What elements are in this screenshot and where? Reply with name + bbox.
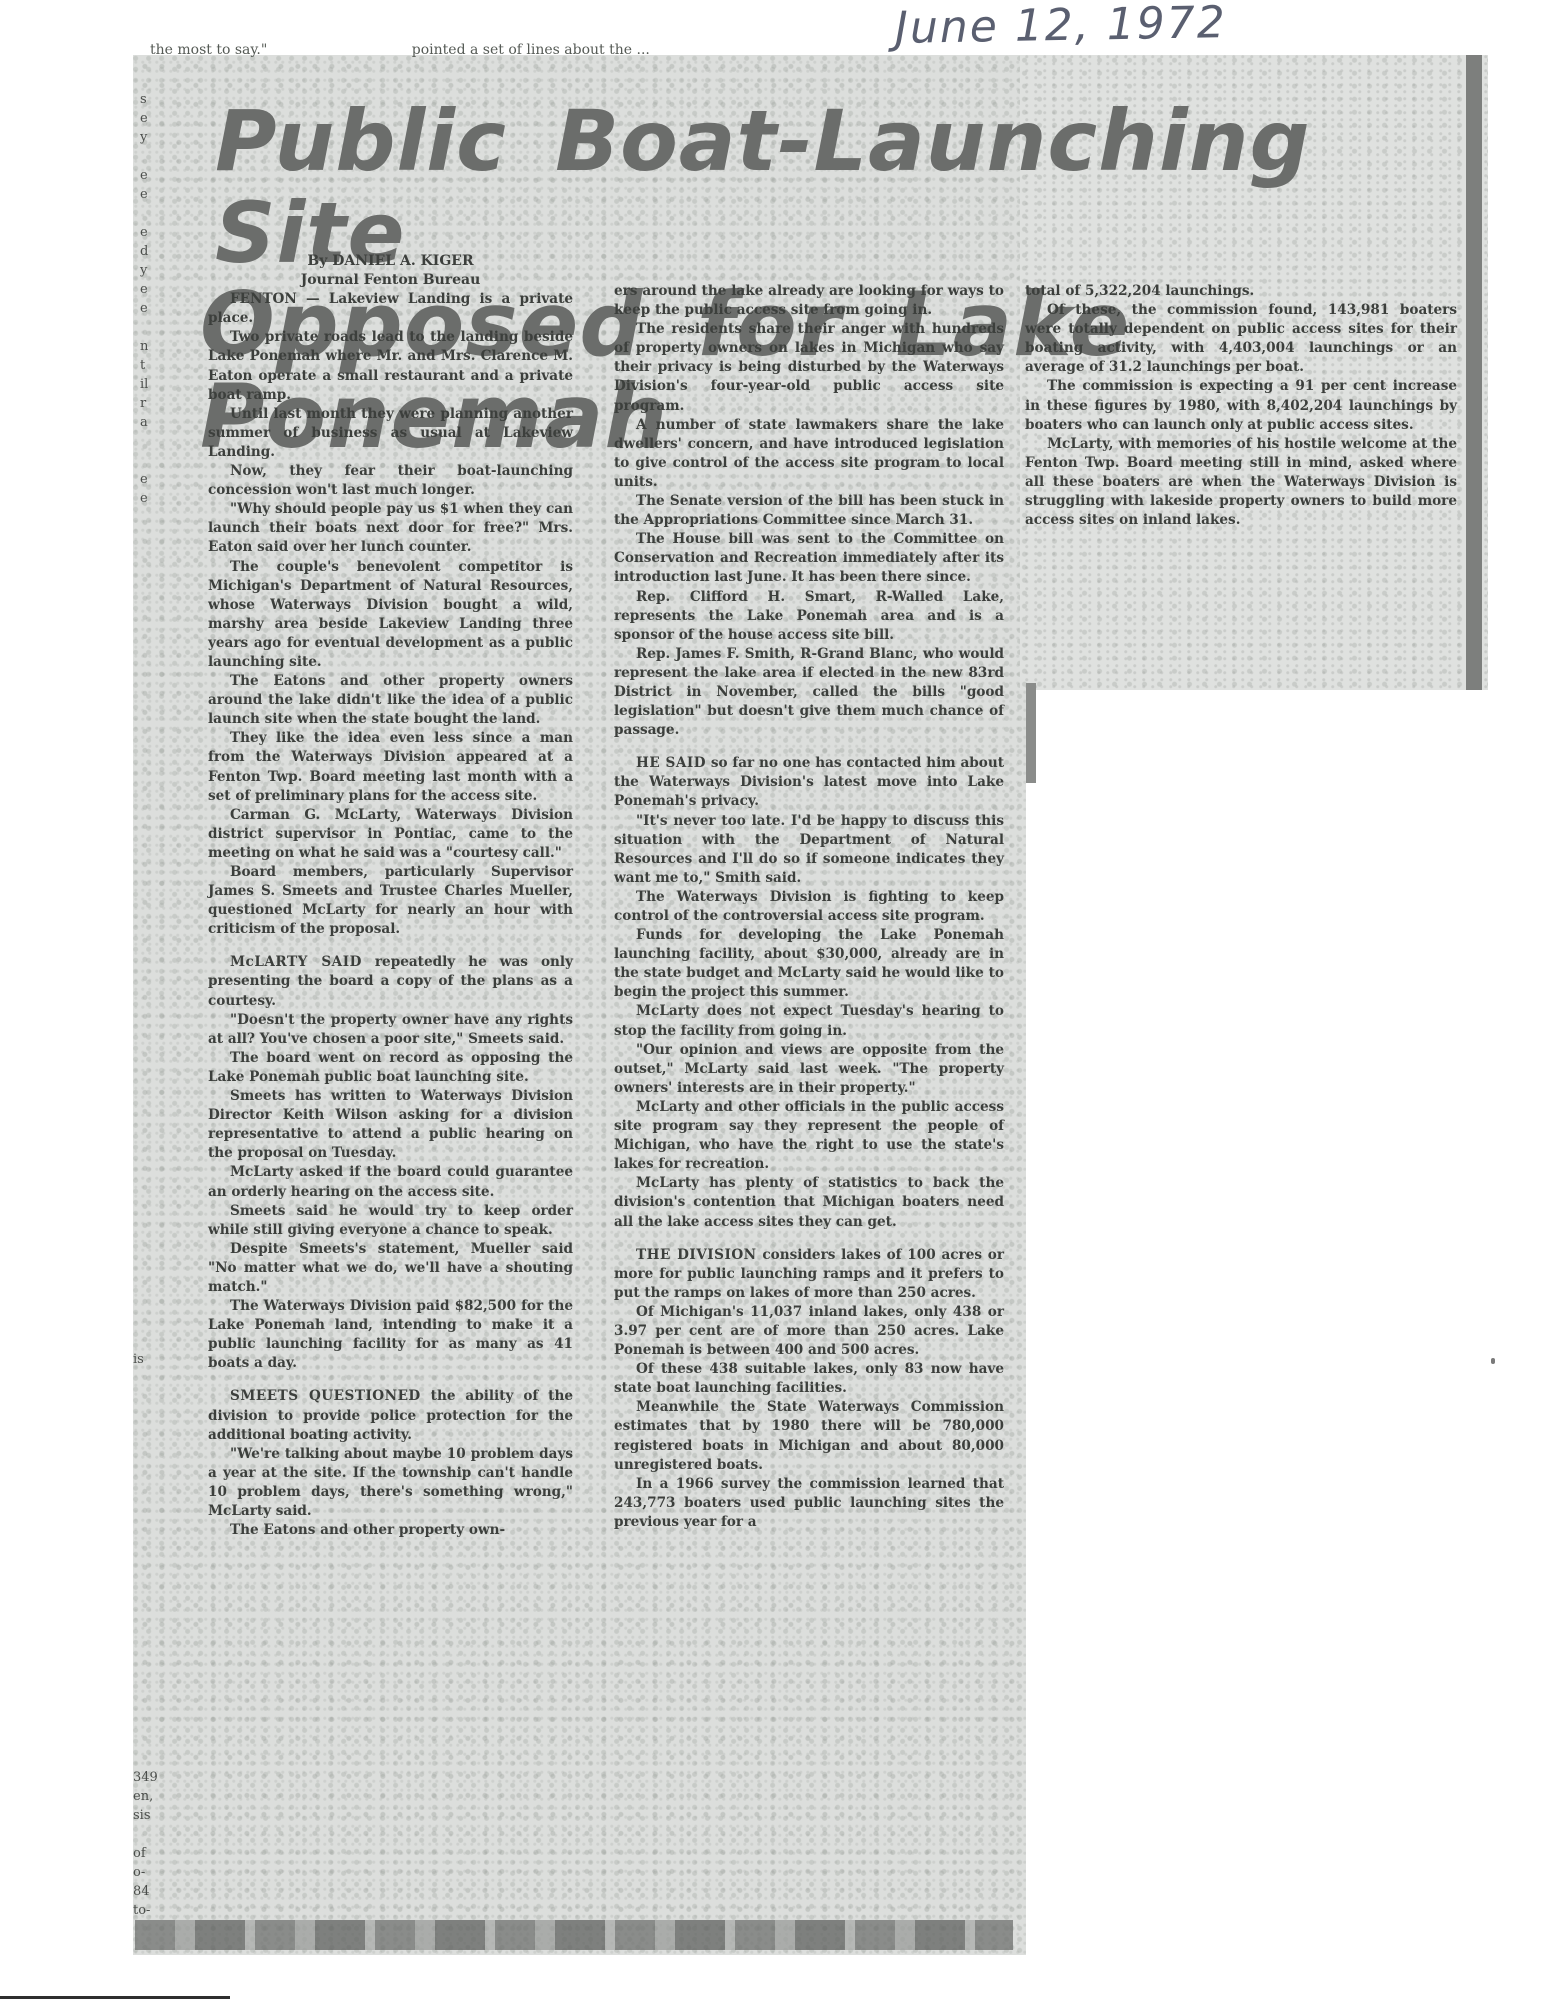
- paragraph: The Eatons and other property own-: [208, 1521, 573, 1540]
- margin-fragment: is: [133, 1350, 163, 1369]
- margin-fragment: to-: [133, 1901, 163, 1920]
- paragraph: The Senate version of the bill has been …: [614, 492, 1004, 530]
- paragraph: McLarty, with memories of his hostile we…: [1025, 435, 1457, 530]
- paragraph: The board went on record as opposing the…: [208, 1049, 573, 1087]
- paragraph: "Why should people pay us $1 when they c…: [208, 500, 573, 557]
- margin-fragment: [133, 1483, 163, 1502]
- paragraph: Rep. James F. Smith, R-Grand Blanc, who …: [614, 645, 1004, 740]
- margin-fragment: [133, 1635, 163, 1654]
- margin-fragment: o-: [133, 1863, 163, 1882]
- margin-fragment: of: [133, 1844, 163, 1863]
- masthead-fragment: the most to say.": [150, 42, 267, 58]
- paragraph: McLarty and other officials in the publi…: [614, 1098, 1004, 1174]
- subhead-paragraph: McLARTY SAID repeatedly he was only pres…: [208, 953, 573, 1010]
- paragraph: The Waterways Division paid $82,500 for …: [208, 1297, 573, 1373]
- margin-fragment: [133, 1597, 163, 1616]
- clipping-inner-edge: [1026, 683, 1036, 783]
- paragraph: The couple's benevolent competitor is Mi…: [208, 558, 573, 673]
- margin-fragment: [133, 1673, 163, 1692]
- bureau-line: Journal Fenton Bureau: [208, 271, 573, 290]
- paragraph: Meanwhile the State Waterways Commission…: [614, 1398, 1004, 1474]
- margin-fragment: e: [140, 299, 160, 318]
- paragraph: ers around the lake already are looking …: [614, 282, 1004, 320]
- article-column-2: ers around the lake already are looking …: [614, 282, 1004, 1532]
- margin-fragment: [140, 147, 160, 166]
- paragraph: "Doesn't the property owner have any rig…: [208, 1011, 573, 1049]
- paragraph: Funds for developing the Lake Ponemah la…: [614, 926, 1004, 1002]
- paragraph: Of Michigan's 11,037 inland lakes, only …: [614, 1303, 1004, 1360]
- margin-fragment: [133, 1540, 163, 1559]
- paragraph: Until last month they were planning anot…: [208, 405, 573, 462]
- paragraph: Board members, particularly Supervisor J…: [208, 863, 573, 939]
- subhead-caps: SMEETS QUESTIONED: [230, 1388, 421, 1404]
- margin-fragment: [140, 432, 160, 451]
- paragraph: McLarty has plenty of statistics to back…: [614, 1174, 1004, 1231]
- paragraph: "Our opinion and views are opposite from…: [614, 1041, 1004, 1098]
- margin-fragment: sis: [133, 1806, 163, 1825]
- margin-fragment: [133, 1369, 163, 1388]
- paragraph: FENTON — Lakeview Landing is a private p…: [208, 290, 573, 328]
- margin-fragment: [133, 1825, 163, 1844]
- paragraph: Now, they fear their boat-launching conc…: [208, 462, 573, 500]
- paragraph: Rep. Clifford H. Smart, R-Walled Lake, r…: [614, 588, 1004, 645]
- scan-speck: [1491, 1358, 1495, 1364]
- paragraph: Of these 438 suitable lakes, only 83 now…: [614, 1360, 1004, 1398]
- masthead-fragment: pointed a set of lines about the ...: [412, 42, 650, 58]
- margin-fragment: [133, 1692, 163, 1711]
- paragraph: The residents share their anger with hun…: [614, 320, 1004, 415]
- paragraph: Despite Smeets's statement, Mueller said…: [208, 1240, 573, 1297]
- paragraph: A number of state lawmakers share the la…: [614, 416, 1004, 492]
- margin-fragment: [133, 1445, 163, 1464]
- paragraph: total of 5,322,204 launchings.: [1025, 282, 1457, 301]
- paragraph: McLarty asked if the board could guarant…: [208, 1163, 573, 1201]
- margin-fragment: [133, 1749, 163, 1768]
- margin-fragment: e: [140, 109, 160, 128]
- subhead-paragraph: HE SAID so far no one has contacted him …: [614, 754, 1004, 811]
- margin-fragment: [133, 1711, 163, 1730]
- paragraph: Of these, the commission found, 143,981 …: [1025, 301, 1457, 377]
- paragraph: Smeets said he would try to keep order w…: [208, 1202, 573, 1240]
- subhead-caps: McLARTY SAID: [230, 954, 362, 970]
- paragraph: The Waterways Division is fighting to ke…: [614, 888, 1004, 926]
- subhead-paragraph: THE DIVISION considers lakes of 100 acre…: [614, 1246, 1004, 1303]
- paragraph: "It's never too late. I'd be happy to di…: [614, 812, 1004, 888]
- margin-fragment: [133, 1559, 163, 1578]
- paragraph: The Eatons and other property owners aro…: [208, 672, 573, 729]
- left-margin-fragments-bottom: is 349en,sis ofo-84to-: [133, 1350, 163, 1920]
- margin-fragment: t: [140, 356, 160, 375]
- margin-fragment: en,: [133, 1787, 163, 1806]
- margin-fragment: [133, 1464, 163, 1483]
- margin-fragment: 349: [133, 1768, 163, 1787]
- margin-fragment: [140, 204, 160, 223]
- margin-fragment: e: [140, 470, 160, 489]
- margin-fragment: [140, 318, 160, 337]
- subhead-paragraph: SMEETS QUESTIONED the ability of the div…: [208, 1387, 573, 1444]
- paragraph: They like the idea even less since a man…: [208, 729, 573, 805]
- margin-fragment: [133, 1521, 163, 1540]
- margin-fragment: il: [140, 375, 160, 394]
- page-bottom-scan-line: [0, 1996, 230, 1999]
- margin-fragment: e: [140, 223, 160, 242]
- margin-fragment: [133, 1654, 163, 1673]
- paragraph: Smeets has written to Waterways Division…: [208, 1087, 573, 1163]
- byline: By DANIEL A. KIGER: [208, 252, 573, 271]
- paragraph: McLarty does not expect Tuesday's hearin…: [614, 1002, 1004, 1040]
- article-column-1: By DANIEL A. KIGER Journal Fenton Bureau…: [208, 252, 573, 1540]
- margin-fragment: [133, 1730, 163, 1749]
- margin-fragment: [133, 1388, 163, 1407]
- margin-fragment: [133, 1407, 163, 1426]
- margin-fragment: e: [140, 166, 160, 185]
- margin-fragment: s: [140, 90, 160, 109]
- paragraph: Two private roads lead to the landing be…: [208, 328, 573, 404]
- subhead-caps: THE DIVISION: [636, 1247, 757, 1263]
- paragraph: "We're talking about maybe 10 problem da…: [208, 1445, 573, 1521]
- margin-fragment: y: [140, 128, 160, 147]
- margin-fragment: y: [140, 261, 160, 280]
- left-margin-fragments: sey ee edyee ntilra ee: [140, 90, 160, 508]
- margin-fragment: a: [140, 413, 160, 432]
- clipping-bottom-cut-edge: [135, 1920, 1013, 1950]
- clipping-right-edge: [1466, 55, 1482, 690]
- paragraph: The commission is expecting a 91 per cen…: [1025, 377, 1457, 434]
- margin-fragment: 84: [133, 1882, 163, 1901]
- margin-fragment: r: [140, 394, 160, 413]
- margin-fragment: e: [140, 489, 160, 508]
- paragraph: The House bill was sent to the Committee…: [614, 530, 1004, 587]
- margin-fragment: [133, 1578, 163, 1597]
- margin-fragment: [140, 451, 160, 470]
- margin-fragment: [133, 1426, 163, 1445]
- margin-fragment: [133, 1502, 163, 1521]
- masthead-fragment-strip: the most to say." pointed a set of lines…: [150, 42, 1150, 64]
- margin-fragment: e: [140, 185, 160, 204]
- paragraph: Carman G. McLarty, Waterways Division di…: [208, 806, 573, 863]
- margin-fragment: [133, 1616, 163, 1635]
- paragraph: In a 1966 survey the commission learned …: [614, 1475, 1004, 1532]
- margin-fragment: d: [140, 242, 160, 261]
- margin-fragment: e: [140, 280, 160, 299]
- article-column-3: total of 5,322,204 launchings. Of these,…: [1025, 282, 1457, 530]
- subhead-caps: HE SAID: [636, 755, 706, 771]
- margin-fragment: n: [140, 337, 160, 356]
